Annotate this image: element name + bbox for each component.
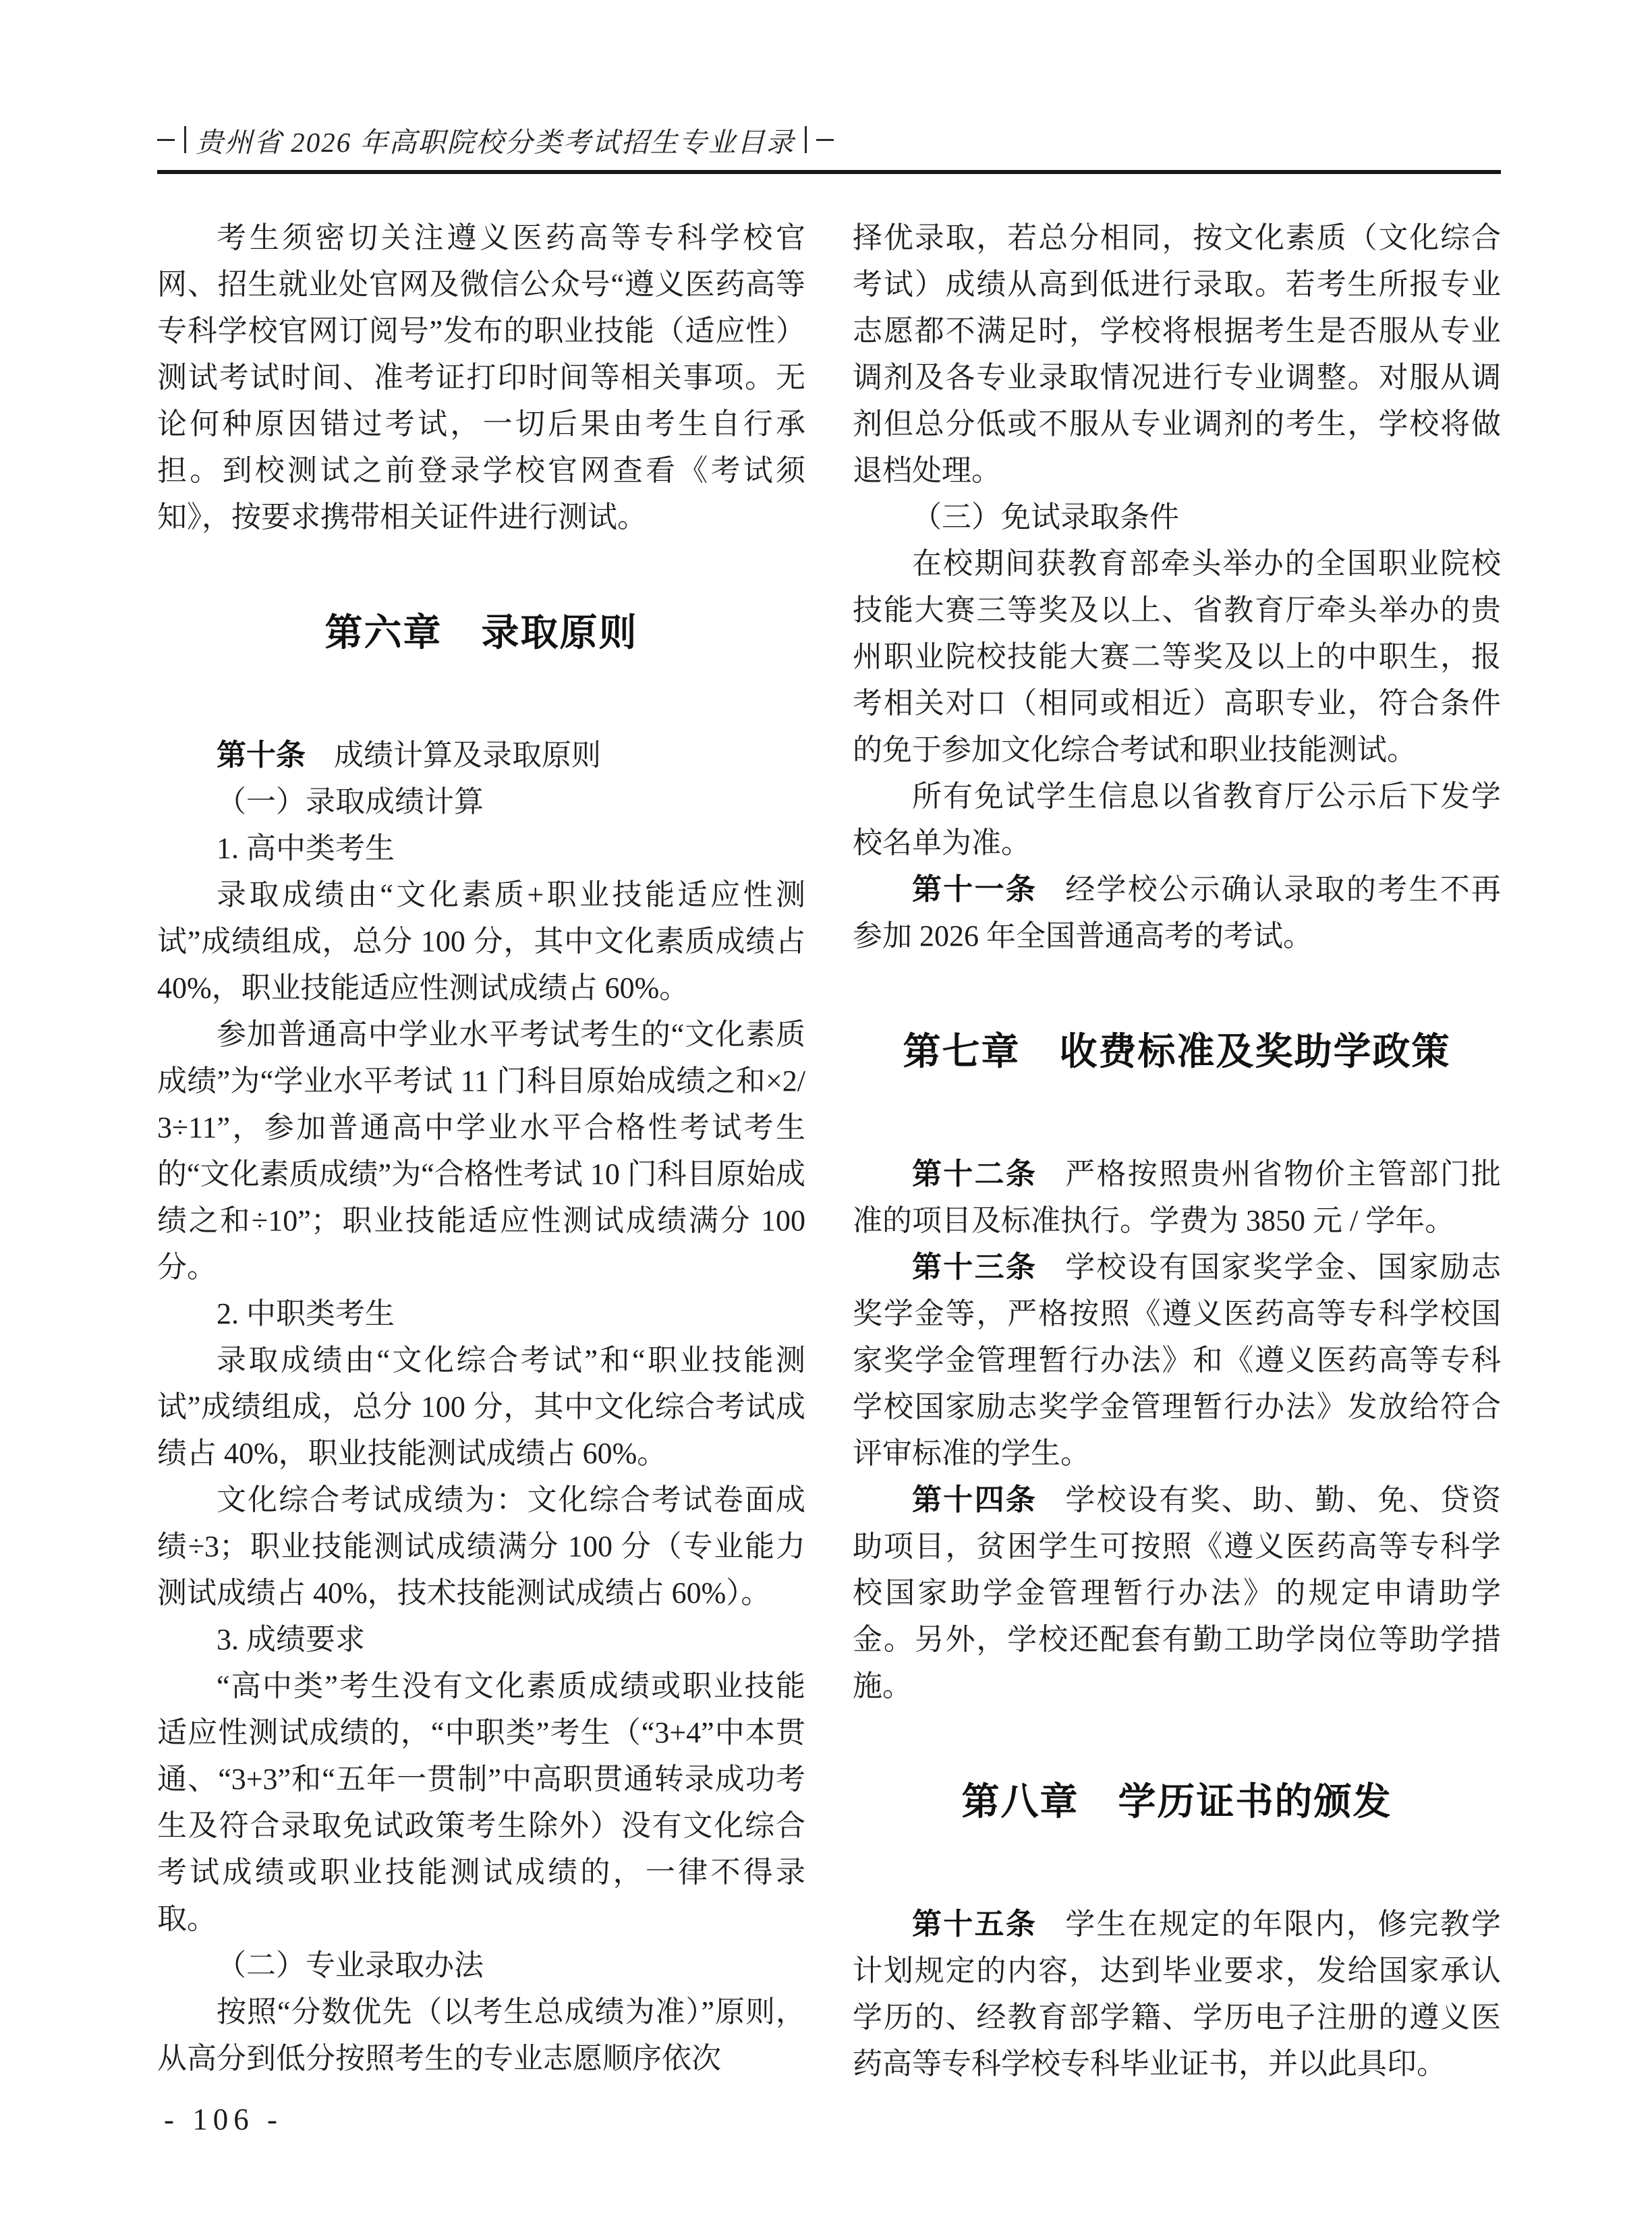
article-12-lead: 第十二条: [912, 1158, 1037, 1191]
column-right: 择优录取，若总分相同，按文化素质（文化综合考试）成绩从高到低进行录取。若考生所报…: [853, 215, 1501, 2087]
article-13: 第十三条学校设有国家奖学金、国家励志奖学金等，严格按照《遵义医药高等专科学校国家…: [853, 1244, 1501, 1477]
article-12: 第十二条严格按照贵州省物价主管部门批准的项目及标准执行。学费为 3850 元 /…: [853, 1151, 1501, 1244]
article-14: 第十四条学校设有奖、助、勤、免、贷资助项目，贫困学生可按照《遵义医药高等专科学校…: [853, 1477, 1501, 1709]
article-11: 第十一条经学校公示确认录取的考生不再参加 2026 年全国普通高考的考试。: [853, 866, 1501, 959]
paragraph: 参加普通高中学业水平考试考生的“文化素质成绩”为“学业水平考试 11 门科目原始…: [157, 1011, 805, 1290]
header-rule: [157, 170, 1501, 174]
item-1-title: （一）录取成绩计算: [157, 778, 805, 825]
paragraph: 录取成绩由“文化综合考试”和“职业技能测试”成绩组成，总分 100 分，其中文化…: [157, 1337, 805, 1477]
article-10-text: 成绩计算及录取原则: [334, 739, 601, 772]
header-left-tick: [184, 126, 186, 153]
chapter-6-heading: 第六章 录取原则: [157, 608, 805, 658]
item-2-title: （二）专业录取办法: [157, 1942, 805, 1989]
article-13-lead: 第十三条: [912, 1251, 1037, 1284]
article-15: 第十五条学生在规定的年限内，修完教学计划规定的内容，达到毕业要求，发给国家承认学…: [853, 1901, 1501, 2087]
paragraph: 录取成绩由“文化素质+职业技能适应性测试”成绩组成，总分 100 分，其中文化素…: [157, 872, 805, 1011]
article-10-lead: 第十条: [217, 739, 306, 772]
sub-item-3: 3. 成绩要求: [157, 1616, 805, 1663]
two-column-layout: 考生须密切关注遵义医药高等专科学校官网、招生就业处官网及微信公众号“遵义医药高等…: [157, 215, 1501, 2087]
paragraph: 文化综合考试成绩为：文化综合考试卷面成绩÷3；职业技能测试成绩满分 100 分（…: [157, 1477, 805, 1616]
paragraph: 所有免试学生信息以省教育厅公示后下发学校名单为准。: [853, 773, 1501, 866]
article-10: 第十条成绩计算及录取原则: [157, 732, 805, 778]
column-left: 考生须密切关注遵义医药高等专科学校官网、招生就业处官网及微信公众号“遵义医药高等…: [157, 215, 805, 2087]
page-number: - 106 -: [164, 2102, 283, 2137]
page-header: 贵州省 2026 年高职院校分类考试招生专业目录: [157, 121, 834, 158]
article-15-lead: 第十五条: [912, 1908, 1037, 1941]
chapter-8-heading: 第八章 学历证书的颁发: [853, 1777, 1501, 1827]
paragraph: “高中类”考生没有文化素质成绩或职业技能适应性测试成绩的，“中职类”考生（“3+…: [157, 1663, 805, 1942]
header-title: 贵州省 2026 年高职院校分类考试招生专业目录: [196, 120, 795, 160]
article-14-lead: 第十四条: [912, 1483, 1037, 1516]
paragraph: 按照“分数优先（以考生总成绩为准）”原则，从高分到低分按照考生的专业志愿顺序依次: [157, 1989, 805, 2082]
document-page: 贵州省 2026 年高职院校分类考试招生专业目录 考生须密切关注遵义医药高等专科…: [0, 0, 1652, 2226]
paragraph: 在校期间获教育部牵头举办的全国职业院校技能大赛三等奖及以上、省教育厅牵头举办的贵…: [853, 540, 1501, 773]
paragraph-continuation: 择优录取，若总分相同，按文化素质（文化综合考试）成绩从高到低进行录取。若考生所报…: [853, 215, 1501, 494]
header-right-dash: [816, 139, 834, 141]
sub-item-1: 1. 高中类考生: [157, 825, 805, 872]
header-right-tick: [805, 126, 807, 153]
article-11-lead: 第十一条: [912, 873, 1037, 906]
paragraph: 考生须密切关注遵义医药高等专科学校官网、招生就业处官网及微信公众号“遵义医药高等…: [157, 215, 805, 540]
header-left-dash: [157, 139, 175, 141]
chapter-7-heading: 第七章 收费标准及奖助学政策: [853, 1027, 1501, 1077]
sub-item-2: 2. 中职类考生: [157, 1290, 805, 1337]
item-3-title: （三）免试录取条件: [853, 494, 1501, 540]
